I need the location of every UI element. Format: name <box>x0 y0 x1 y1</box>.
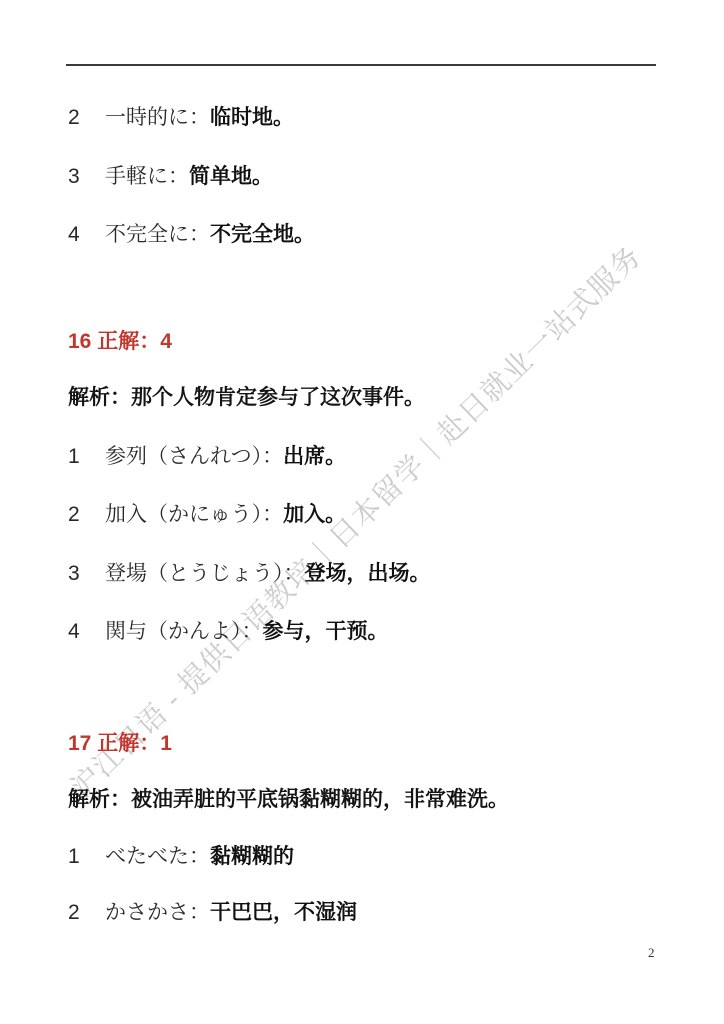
answer-heading-16: 16 正解：4 <box>68 327 172 357</box>
option-japanese: 登場（とうじょう）： <box>105 561 305 585</box>
option-number: 4 <box>68 617 105 647</box>
option-row: 1参列（さんれつ）：出席。 <box>68 441 346 472</box>
page-number: 2 <box>648 945 655 961</box>
option-number: 2 <box>68 103 105 133</box>
option-chinese: 临时地。 <box>210 106 294 129</box>
option-row: 2かさかさ：干巴巴，不湿润 <box>68 897 357 928</box>
option-japanese: べたべた： <box>105 844 210 868</box>
option-row: 3登場（とうじょう）：登场，出场。 <box>68 558 431 589</box>
option-chinese: 黏糊糊的 <box>210 845 294 868</box>
option-row: 3手軽に：简单地。 <box>68 161 273 192</box>
option-row: 1べたべた：黏糊糊的 <box>68 841 294 872</box>
analysis-line-16: 解析：那个人物肯定参与了这次事件。 <box>68 383 425 413</box>
option-row: 2加入（かにゅう）：加入。 <box>68 499 346 530</box>
header-rule <box>66 64 656 66</box>
option-number: 3 <box>68 559 105 589</box>
option-japanese: 不完全に： <box>105 222 210 246</box>
option-number: 1 <box>68 442 105 472</box>
document-page: 沪江日语 - 提供日语教培｜日本留学｜赴日就业一站式服务 2一時的に：临时地。 … <box>0 0 724 1024</box>
option-number: 4 <box>68 220 105 250</box>
option-japanese: 一時的に： <box>105 105 210 129</box>
option-number: 2 <box>68 898 105 928</box>
option-japanese: 手軽に： <box>105 164 189 188</box>
option-row: 4関与（かんよ）：参与，干预。 <box>68 616 389 647</box>
option-number: 1 <box>68 842 105 872</box>
option-japanese: 関与（かんよ）： <box>105 619 263 643</box>
option-chinese: 简单地。 <box>189 165 273 188</box>
option-chinese: 出席。 <box>283 445 346 468</box>
option-japanese: 参列（さんれつ）： <box>105 444 283 468</box>
option-chinese: 干巴巴，不湿润 <box>210 901 357 924</box>
option-row: 4不完全に：不完全地。 <box>68 219 315 250</box>
option-japanese: 加入（かにゅう）： <box>105 502 283 526</box>
option-chinese: 不完全地。 <box>210 223 315 246</box>
analysis-line-17: 解析：被油弄脏的平底锅黏糊糊的，非常难洗。 <box>68 785 509 815</box>
option-number: 3 <box>68 162 105 192</box>
option-chinese: 加入。 <box>283 503 346 526</box>
option-chinese: 参与，干预。 <box>263 620 389 643</box>
option-number: 2 <box>68 500 105 530</box>
option-row: 2一時的に：临时地。 <box>68 102 294 133</box>
answer-heading-17: 17 正解：1 <box>68 729 172 759</box>
option-chinese: 登场，出场。 <box>305 562 431 585</box>
option-japanese: かさかさ： <box>105 900 210 924</box>
